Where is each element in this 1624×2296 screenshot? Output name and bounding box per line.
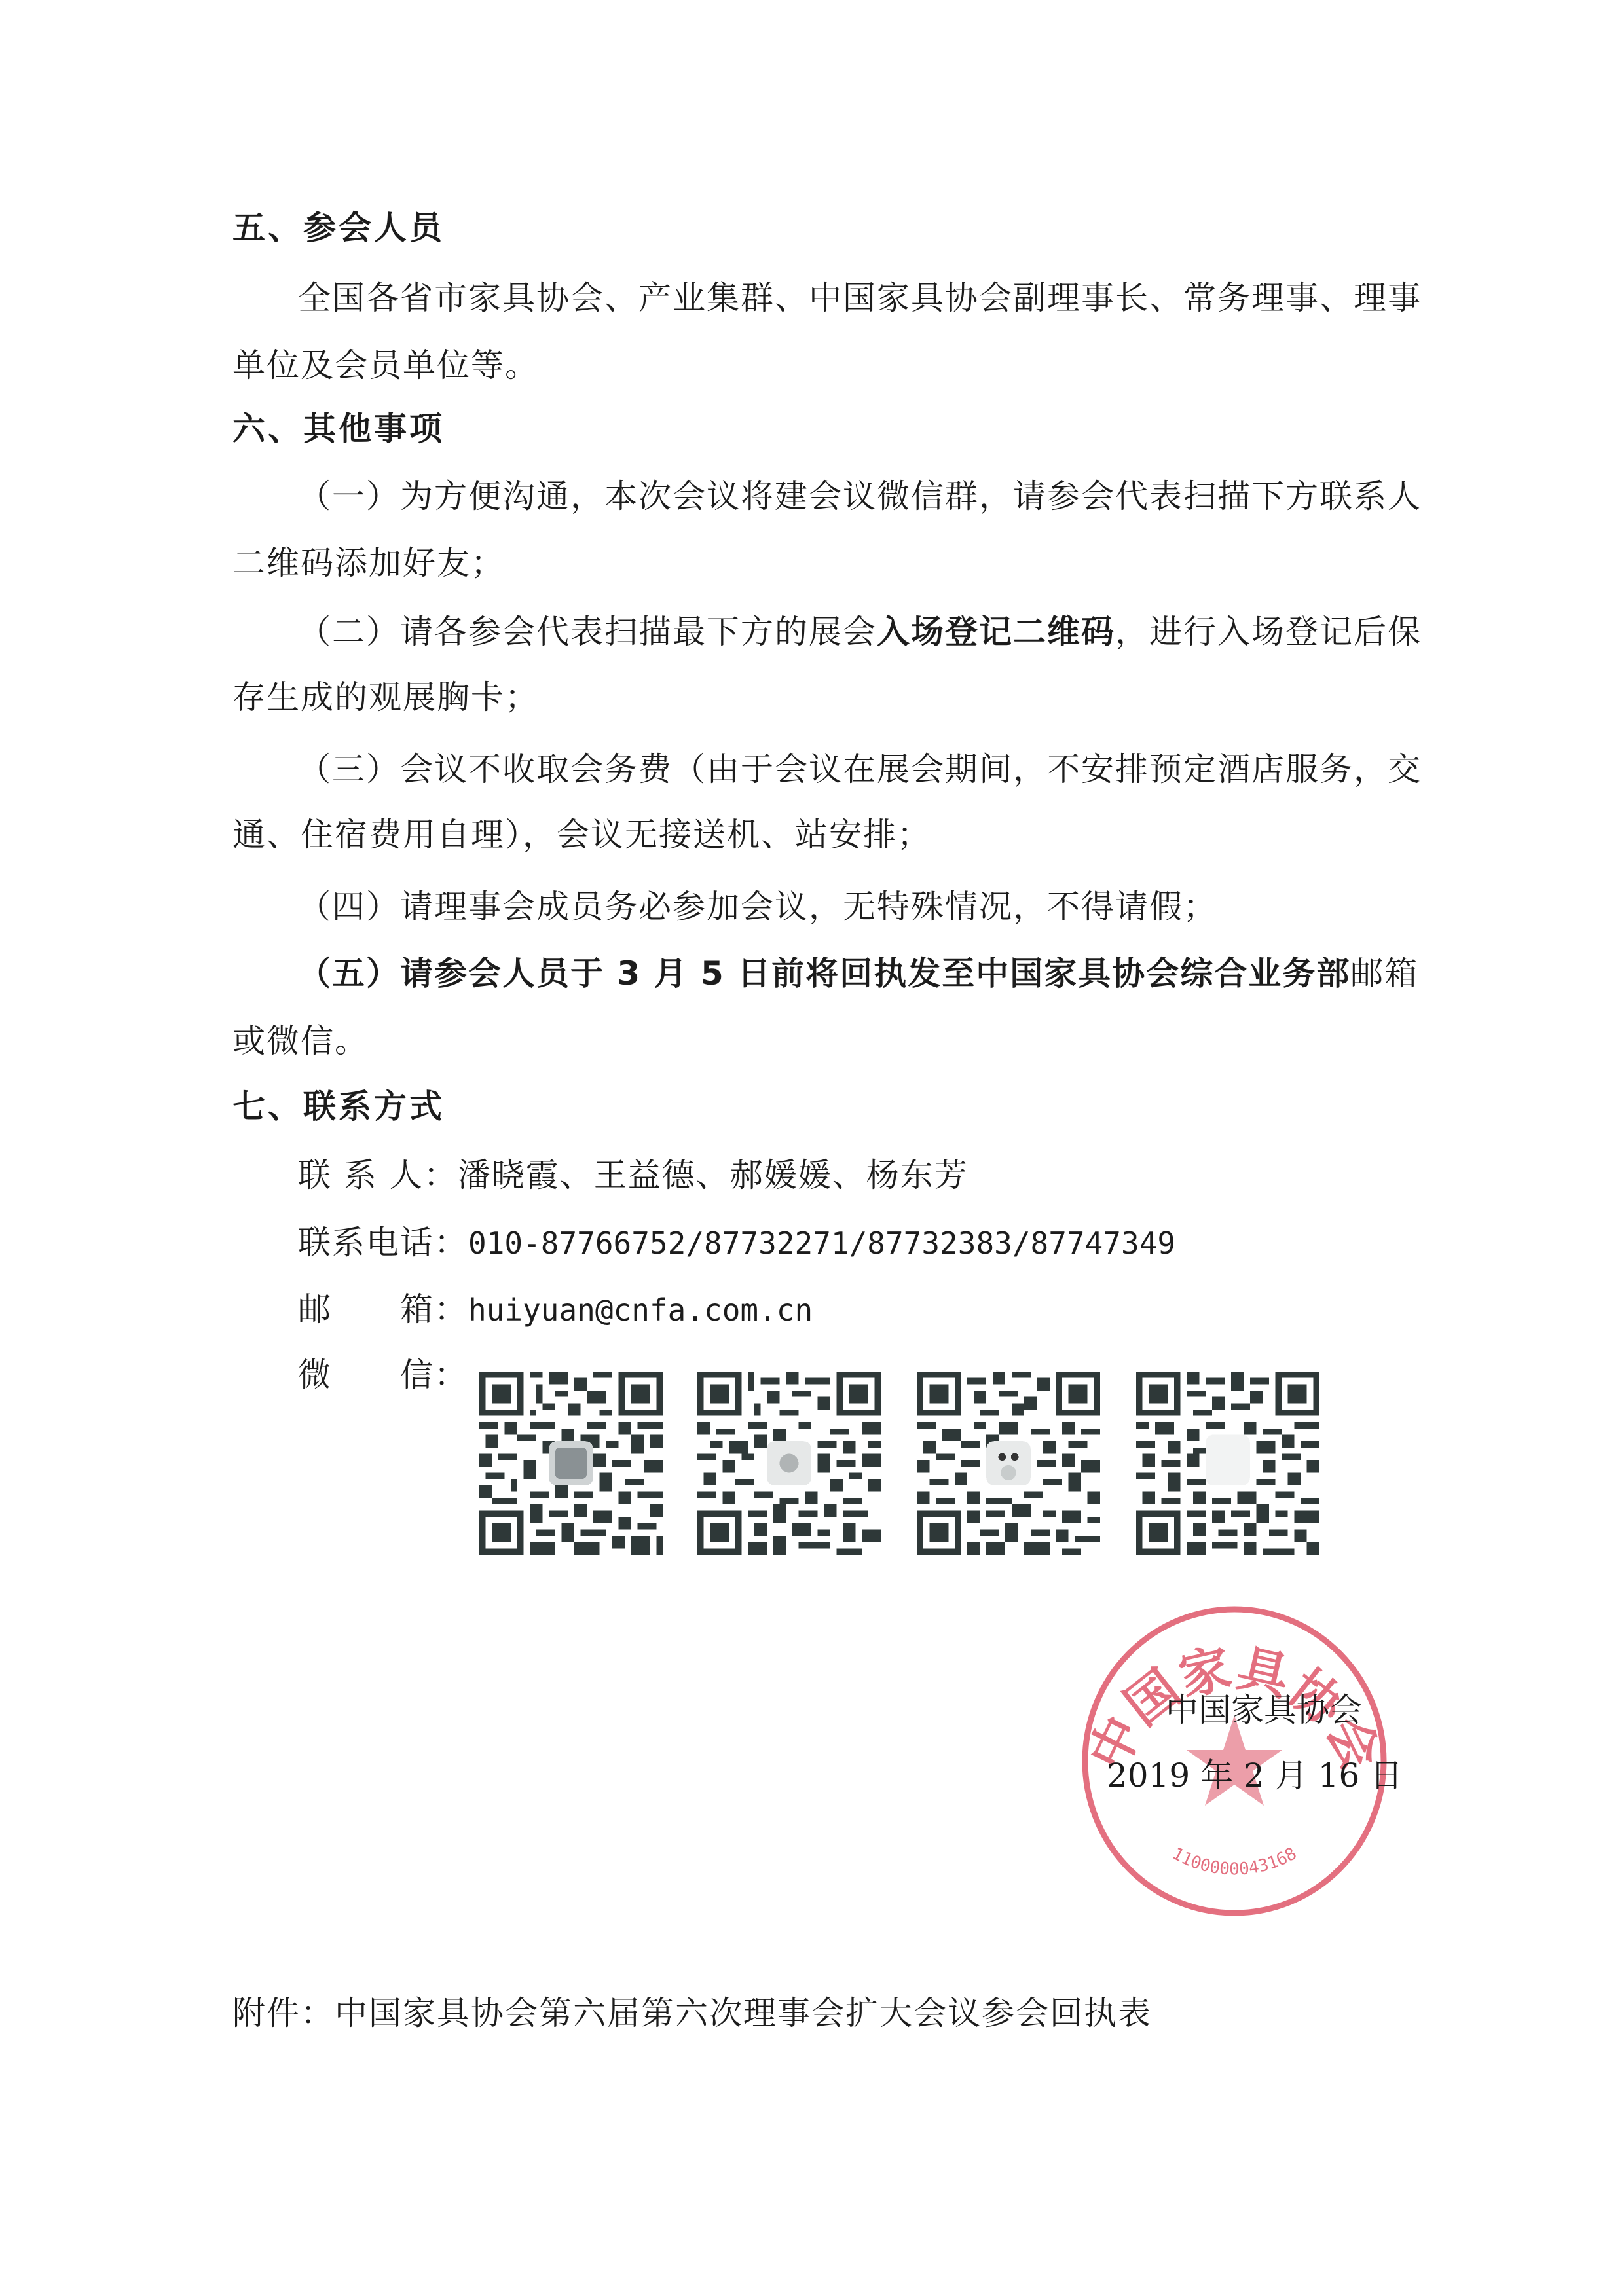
item-1-line-2: 二维码添加好友； [232,543,505,583]
wechat-qr-code-3 [917,1372,1100,1555]
section-5-heading: 五、参会人员 [232,208,445,247]
phone-row: 联系电话：010-87766752/87732271/87732383/8774… [298,1223,1175,1263]
item-5-text-bold: （五）请参会人员于 3 月 5 日前将回执发至中国家具协会综合业务部 [298,955,1350,993]
wechat-row: 微 信： [298,1355,468,1394]
wechat-label: 微 信： [298,1356,468,1394]
section-5-body-line-1: 全国各省市家具协会、产业集群、中国家具协会副理事长、常务理事、理事 [298,278,1422,318]
wechat-qr-code-4 [1136,1372,1319,1555]
item-3-line-1: （三）会议不收取会务费（由于会议在展会期间，不安排预定酒店服务，交 [298,750,1422,789]
attachment-note: 附件：中国家具协会第六届第六次理事会扩大会议参会回执表 [232,1994,1152,2033]
section-5-body-line-2: 单位及会员单位等。 [232,346,539,385]
email-row: 邮 箱：huiyuan@cnfa.com.cn [298,1290,813,1330]
item-2-text-post: ，进行入场登记后保 [1115,613,1422,651]
item-2-line-1: （二）请各参会代表扫描最下方的展会入场登记二维码，进行入场登记后保 [298,612,1422,651]
email-label: 邮 箱： [298,1290,468,1328]
item-2-text-pre: （二）请各参会代表扫描最下方的展会 [298,613,877,651]
svg-text:1100000043168: 1100000043168 [1169,1844,1301,1879]
item-1-line-1: （一）为方便沟通，本次会议将建会议微信群，请参会代表扫描下方联系人 [298,477,1422,516]
item-5-line-2: 或微信。 [232,1021,369,1061]
signature-organization: 中国家具协会 [1166,1684,1362,1731]
section-6-heading: 六、其他事项 [232,409,445,448]
item-5-line-1: （五）请参会人员于 3 月 5 日前将回执发至中国家具协会综合业务部邮箱 [298,954,1418,993]
section-7-heading: 七、联系方式 [232,1087,445,1126]
phone-label: 联系电话： [298,1224,468,1262]
wechat-qr-code-2 [697,1372,881,1555]
contacts-value: 潘晓霞、王益德、郝媛媛、杨东芳 [458,1156,969,1194]
item-3-line-2: 通、住宿费用自理），会议无接送机、站安排； [232,815,931,854]
item-2-text-bold: 入场登记二维码 [877,612,1115,651]
contacts-row: 联 系 人：潘晓霞、王益德、郝媛媛、杨东芳 [298,1156,969,1195]
signature-date: 2019 年 2 月 16 日 [1107,1749,1403,1796]
phone-value: 010-87766752/87732271/87732383/87747349 [468,1226,1175,1261]
item-4-line-1: （四）请理事会成员务必参加会议，无特殊情况，不得请假； [298,887,1217,926]
contacts-label: 联 系 人： [298,1156,458,1194]
email-value[interactable]: huiyuan@cnfa.com.cn [468,1292,813,1328]
wechat-qr-code-1 [479,1372,663,1555]
item-5-text-post: 邮箱 [1350,955,1418,993]
seal-number: 1100000043168 [1169,1844,1301,1879]
item-2-line-2: 存生成的观展胸卡； [232,678,539,717]
